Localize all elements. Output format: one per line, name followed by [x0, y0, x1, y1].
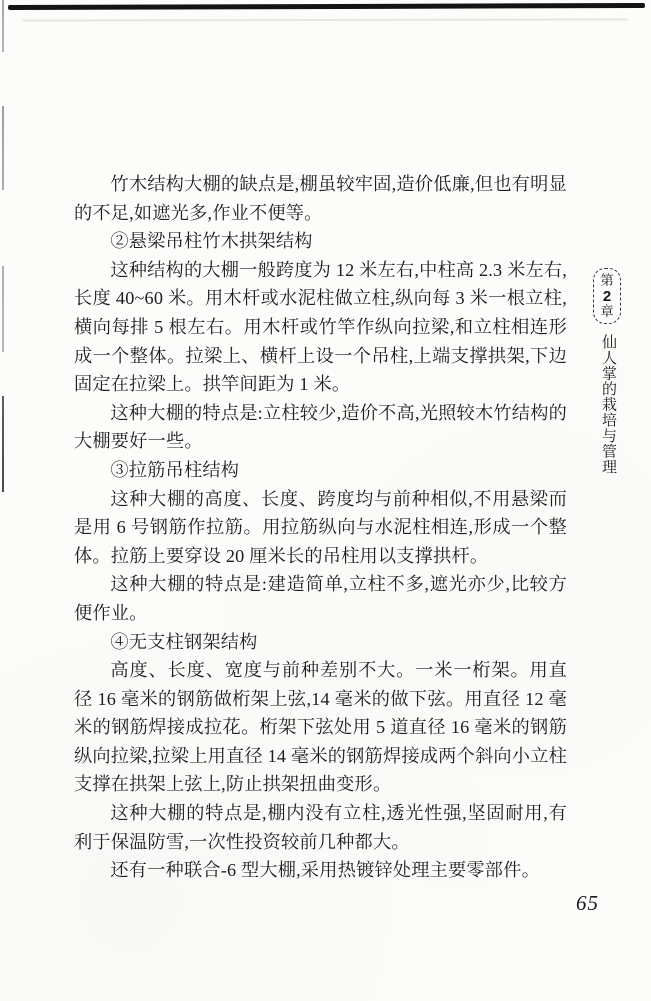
paragraph: 这种大棚的特点是:建造简单,立柱不多,遮光亦少,比较方便作业。 — [74, 570, 567, 627]
chapter-box-char: 章 — [600, 304, 614, 320]
paragraph: 高度、长度、宽度与前种差别不大。一米一桁架。用直径 16 毫米的钢筋做桁架上弦,… — [74, 656, 567, 799]
chapter-number-box: 第 2 章 — [593, 268, 621, 324]
page-left-scan-edge — [2, 0, 4, 497]
chapter-box-number: 2 — [603, 289, 611, 304]
paragraph: 还有一种联合-6 型大棚,采用热镀锌处理主要零部件。 — [74, 856, 567, 885]
paragraph: 这种大棚的高度、长度、跨度均与前种相似,不用悬梁而是用 6 号钢筋作拉筋。用拉筋… — [74, 485, 567, 571]
paragraph: ④无支柱钢架结构 — [74, 628, 567, 657]
main-text-block: 竹木结构大棚的缺点是,棚虽较牢固,造价低廉,但也有明显的不足,如遮光多,作业不便… — [74, 170, 567, 885]
chapter-title-vertical: 仙人掌的栽培与管理 — [598, 334, 619, 484]
chapter-sidebar: 第 2 章 仙人掌的栽培与管理 — [591, 268, 627, 484]
paragraph: 这种结构的大棚一般跨度为 12 米左右,中柱高 2.3 米左右,长度 40~60… — [74, 256, 567, 399]
paragraph: 这种大棚的特点是:立柱较少,造价不高,光照较木竹结构的大棚要好一些。 — [74, 399, 567, 456]
paragraph: 这种大棚的特点是,棚内没有立柱,透光性强,坚固耐用,有利于保温防雪,一次性投资较… — [74, 799, 567, 856]
paragraph: ③拉筋吊柱结构 — [74, 456, 567, 485]
paragraph: ②悬梁吊柱竹木拱架结构 — [74, 227, 567, 256]
paragraph: 竹木结构大棚的缺点是,棚虽较牢固,造价低廉,但也有明显的不足,如遮光多,作业不便… — [74, 170, 567, 227]
page-number: 65 — [576, 891, 599, 916]
chapter-box-char: 第 — [600, 273, 614, 289]
